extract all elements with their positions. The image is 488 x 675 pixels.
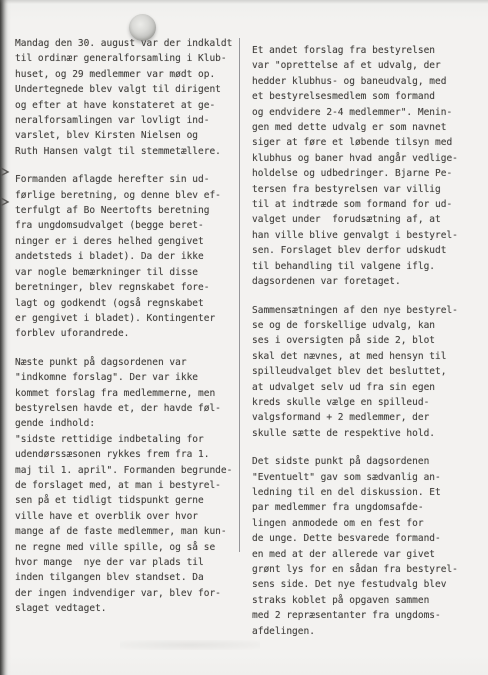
paper-smudge <box>120 640 260 650</box>
paragraph: Formanden aflagde herefter sin ud- førli… <box>15 172 239 341</box>
document-page: Mandag den 30. august var der indkaldt t… <box>0 0 488 675</box>
scan-edge-shadow <box>0 0 11 675</box>
right-column: Et andet forslag fra bestyrelsen var "op… <box>252 43 478 652</box>
scan-edge-shadow-top <box>0 0 488 4</box>
pen-mark-icon <box>0 162 12 212</box>
paragraph: Sammensætningen af den nye bestyrel- se … <box>252 303 478 442</box>
left-column: Mandag den 30. august var der indkaldt t… <box>15 36 239 630</box>
paragraph: Mandag den 30. august var der indkaldt t… <box>15 36 239 159</box>
column-divider <box>239 38 240 552</box>
paragraph: Næste punkt på dagsordenen var "indkomne… <box>15 355 239 617</box>
paragraph: Det sidste punkt på dagsordenen "Eventue… <box>252 454 478 639</box>
paragraph: Et andet forslag fra bestyrelsen var "op… <box>252 43 478 290</box>
